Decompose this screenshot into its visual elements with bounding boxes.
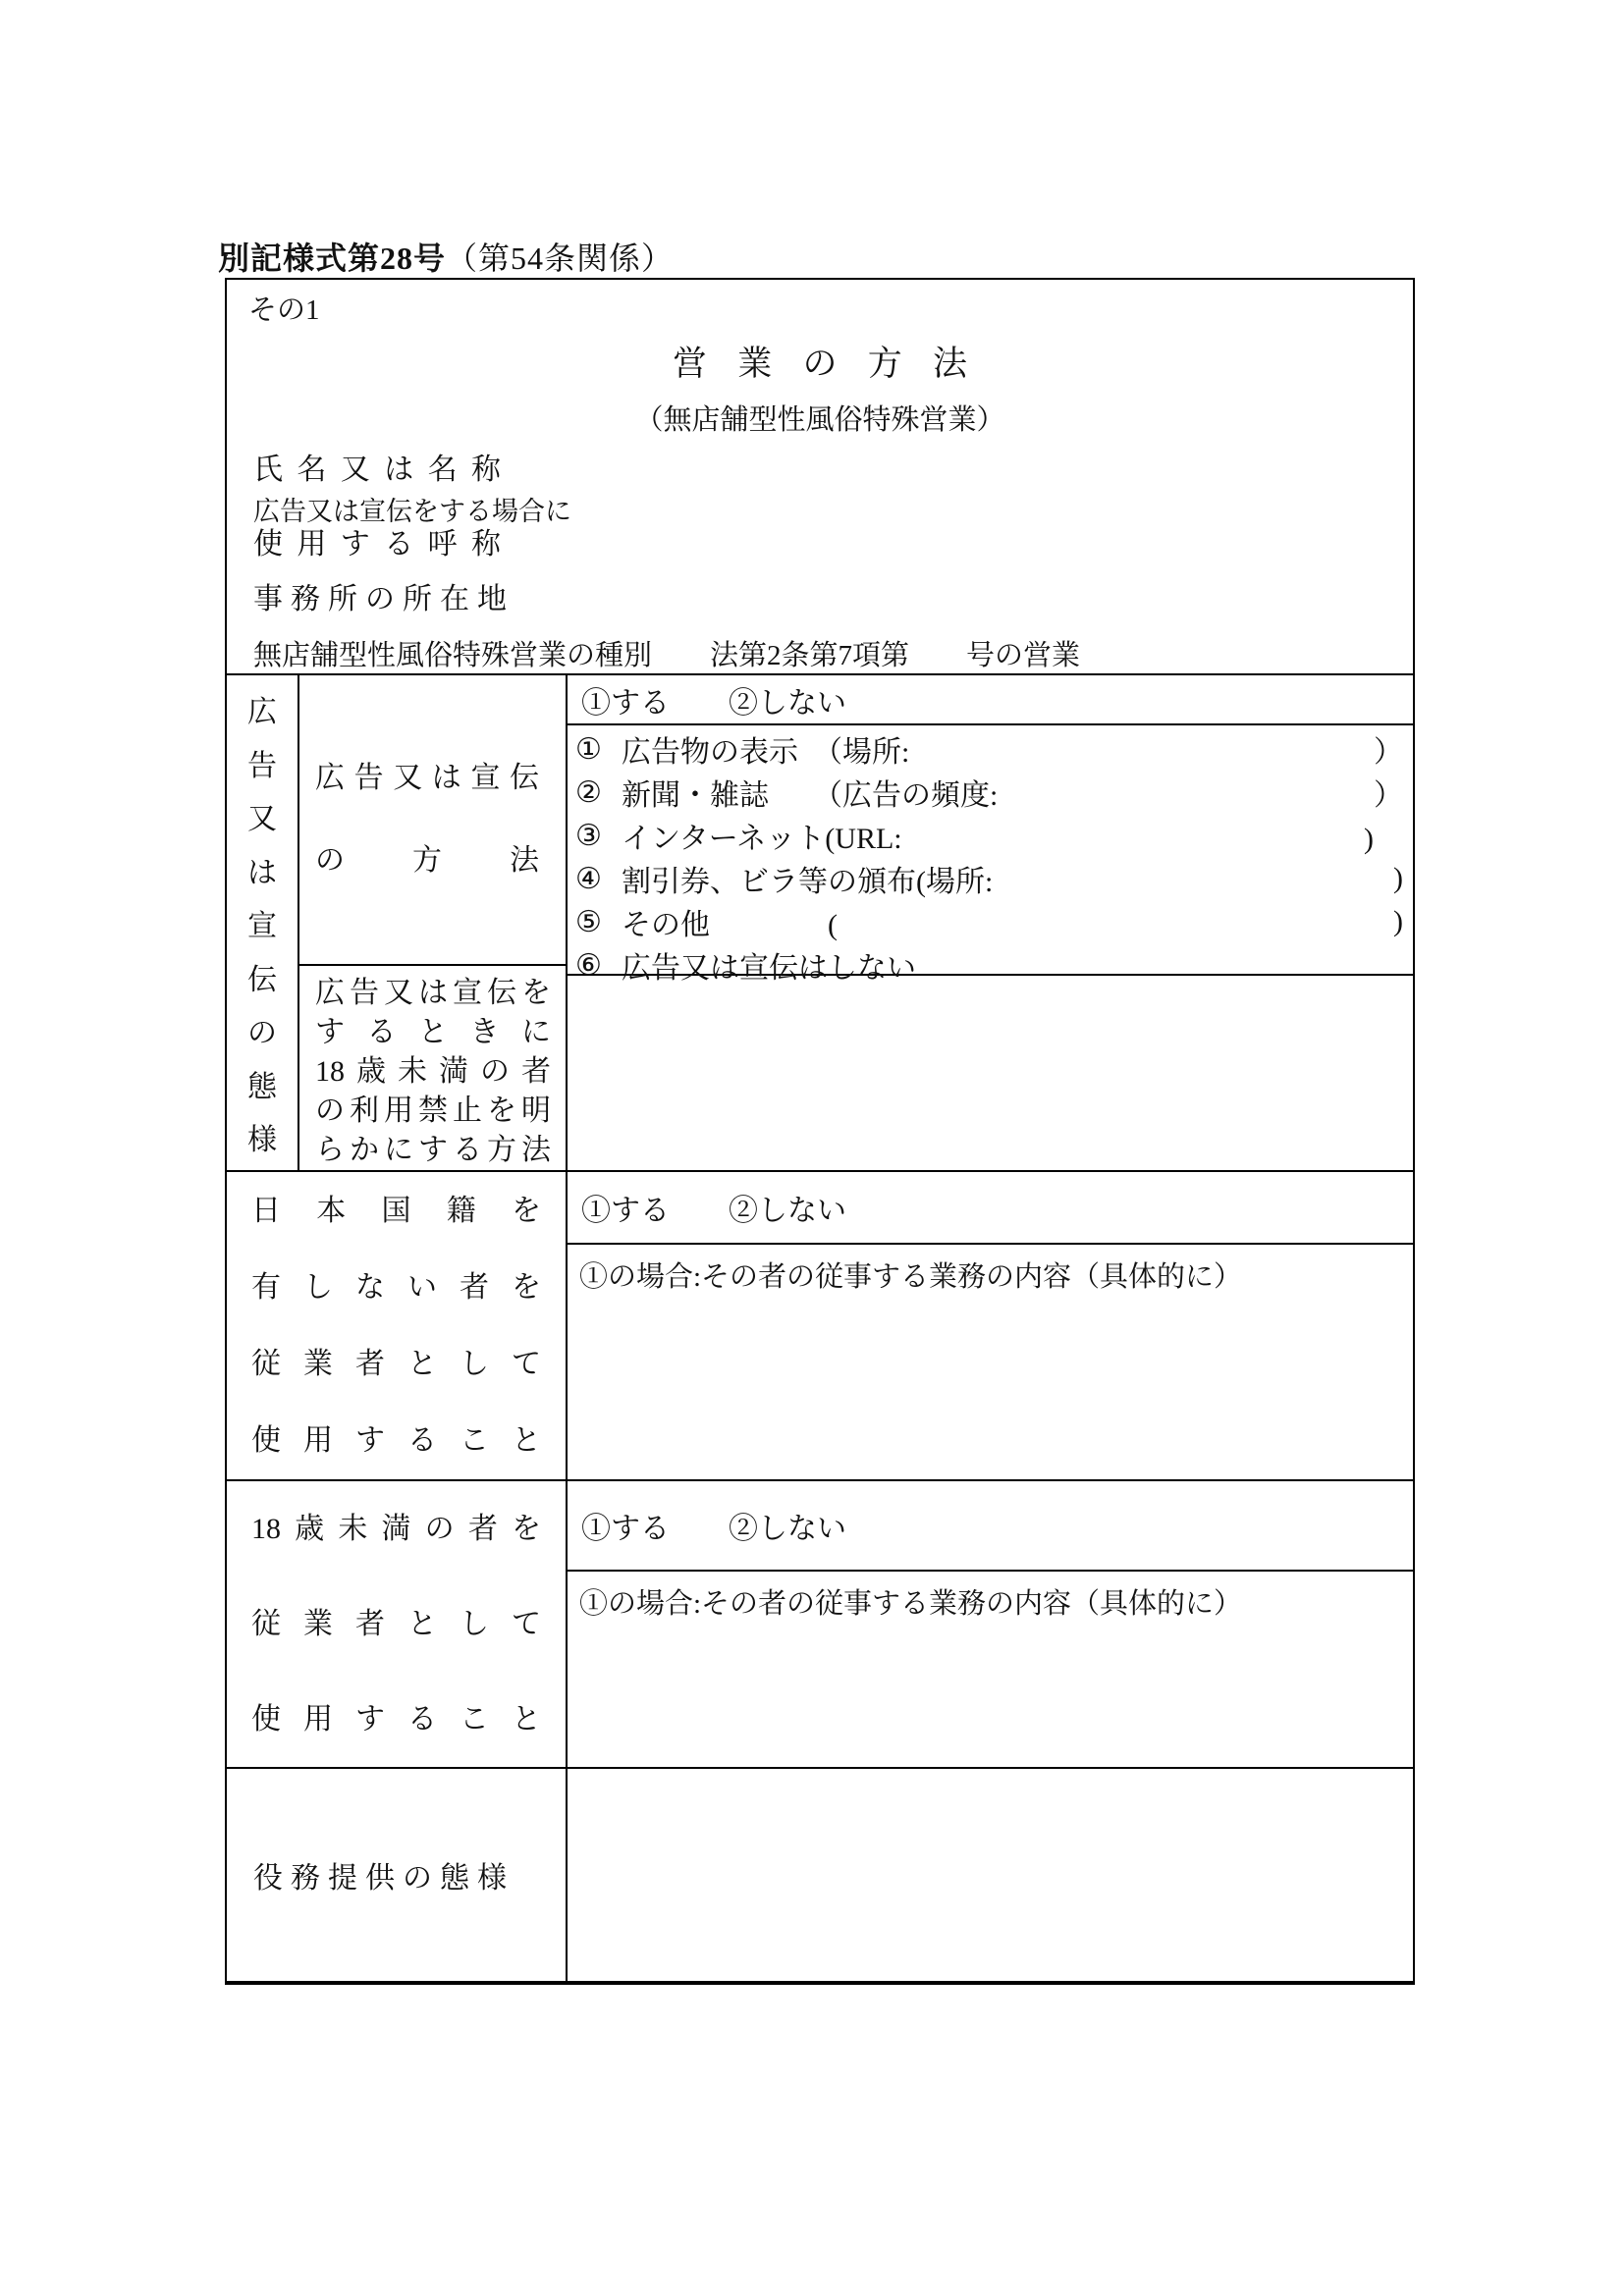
- form-number-main: 別記様式第28号: [218, 240, 446, 276]
- label-line: 18歳未満の者を: [251, 1481, 541, 1576]
- document-page: 別記様式第28号（第54条関係） その1 営業の方法 （無店舗型性風俗特殊営業）…: [0, 0, 1624, 2296]
- vertical-label-char: 伝: [247, 955, 277, 998]
- minor-notice-label-cell: 広告又は宣伝をするときに18歳未満の者の利用禁止を明らかにする方法: [299, 966, 566, 1170]
- advertising-method-label: 広告又は宣伝の方法: [315, 737, 539, 902]
- service-label: 役務提供の態様: [253, 1853, 507, 1896]
- minor-employment-do-options: ①する ②しない: [568, 1481, 1413, 1572]
- vertical-label-char: の: [247, 1008, 277, 1051]
- label-line: するときに: [315, 1013, 551, 1052]
- ad-method-close-paren: ）: [1374, 727, 1403, 771]
- nationality-label: 日本国籍を有しない者を従業者として使用すること: [251, 1173, 541, 1479]
- label-line: 18歳未満の者: [315, 1052, 551, 1092]
- vertical-label-char: 宣: [247, 901, 277, 944]
- ad-method-item: ③インターネット(URL:): [568, 814, 1413, 857]
- label-line: 使用すること: [251, 1672, 541, 1767]
- minor-notice-answer-area: [568, 976, 1413, 1170]
- advertising-methods-list: ①広告物の表示 （場所:）②新聞・雑誌 （広告の頻度:）③インターネット(URL…: [568, 725, 1413, 976]
- ad-method-item: ②新聞・雑誌 （広告の頻度:）: [568, 771, 1413, 814]
- nationality-do-options: ①する ②しない: [568, 1172, 1413, 1245]
- vertical-label-char: 様: [247, 1115, 277, 1158]
- nationality-case-detail: ①の場合:その者の従事する業務の内容（具体的に）: [568, 1245, 1413, 1479]
- form-table: その1 営業の方法 （無店舗型性風俗特殊営業） 氏名又は名称 広告又は宣伝をする…: [225, 278, 1415, 1985]
- label-line: の利用禁止を明: [315, 1092, 551, 1131]
- label-line: 広告又は宣伝: [315, 737, 539, 820]
- advertising-side-label: 広告又は宣伝の態様: [227, 675, 298, 1170]
- ad-method-close-paren: ): [1393, 862, 1403, 895]
- vertical-label-char: 広: [247, 687, 277, 730]
- ad-method-number: ⑤: [575, 905, 622, 939]
- business-category-label: 無店舗型性風俗特殊営業の種別: [253, 640, 652, 671]
- ad-method-text: 新聞・雑誌 （広告の頻度:: [622, 771, 998, 814]
- field-label-office-address: 事務所の所在地: [253, 574, 507, 617]
- label-line: 使用すること: [251, 1403, 541, 1479]
- form-number-note: （第54条関係）: [446, 240, 674, 276]
- advertising-label-column: 広告又は宣伝の方法 広告又は宣伝をするときに18歳未満の者の利用禁止を明らかにす…: [299, 675, 568, 1170]
- ad-method-number: ③: [575, 819, 622, 853]
- label-line: 広告又は宣伝を: [315, 974, 551, 1013]
- minor-employment-case-detail: ①の場合:その者の従事する業務の内容（具体的に）: [568, 1572, 1413, 1767]
- vertical-label-char: 告: [247, 741, 277, 784]
- field-label-name: 氏名又は名称: [253, 445, 501, 488]
- vertical-label-char: 又: [247, 794, 277, 837]
- label-line: の方法: [315, 820, 539, 902]
- field-label-alias-line1: 広告又は宣伝をする場合に: [253, 496, 571, 528]
- ad-method-close-paren: ）: [1374, 771, 1403, 814]
- business-category-value: 法第2条第7項第 号の営業: [710, 633, 1080, 673]
- advertising-method-label-cell: 広告又は宣伝の方法: [299, 675, 566, 966]
- minor-employment-section: 18歳未満の者を従業者として使用すること ①する ②しない ①の場合:その者の従…: [227, 1479, 1413, 1767]
- ad-method-close-paren: ): [1393, 905, 1403, 938]
- ad-method-number: ④: [575, 862, 622, 896]
- form-number: 別記様式第28号（第54条関係）: [218, 234, 674, 279]
- service-section: 役務提供の態様: [227, 1767, 1413, 1981]
- label-line: 従業者として: [251, 1326, 541, 1403]
- advertising-do-options: ①する ②しない: [568, 675, 1413, 725]
- nationality-label-cell: 日本国籍を有しない者を従業者として使用すること: [227, 1172, 568, 1479]
- service-answer-area: [568, 1769, 1413, 1981]
- nationality-section: 日本国籍を有しない者を従業者として使用すること ①する ②しない ①の場合:その…: [227, 1170, 1413, 1479]
- field-label-alias-line2: 使用する呼称: [253, 528, 501, 561]
- advertising-content-column: ①する ②しない ①広告物の表示 （場所:）②新聞・雑誌 （広告の頻度:）③イン…: [568, 675, 1413, 1170]
- form-title: 営業の方法: [673, 337, 967, 386]
- ad-method-item: ⑤その他 (): [568, 900, 1413, 943]
- label-line: らかにする方法: [315, 1131, 551, 1170]
- nationality-content: ①する ②しない ①の場合:その者の従事する業務の内容（具体的に）: [568, 1172, 1413, 1479]
- form-subtitle: （無店舗型性風俗特殊営業）: [227, 398, 1413, 438]
- advertising-section: 広告又は宣伝の態様 広告又は宣伝の方法 広告又は宣伝をするときに18歳未満の者の…: [227, 673, 1413, 1170]
- minor-employment-label: 18歳未満の者を従業者として使用すること: [251, 1481, 541, 1767]
- minor-notice-label: 広告又は宣伝をするときに18歳未満の者の利用禁止を明らかにする方法: [315, 974, 551, 1170]
- ad-method-text: インターネット(URL:: [622, 814, 902, 857]
- ad-method-number: ①: [575, 732, 622, 767]
- label-line: 従業者として: [251, 1576, 541, 1672]
- label-line: 日本国籍を: [251, 1173, 541, 1250]
- vertical-label-char: 態: [247, 1062, 277, 1105]
- service-label-cell: 役務提供の態様: [227, 1769, 568, 1981]
- business-category-row: 無店舗型性風俗特殊営業の種別 法第2条第7項第 号の営業: [253, 633, 1413, 673]
- minor-employment-content: ①する ②しない ①の場合:その者の従事する業務の内容（具体的に）: [568, 1481, 1413, 1767]
- ad-method-text: 割引券、ビラ等の頒布(場所:: [622, 857, 993, 900]
- vertical-label-char: は: [247, 848, 277, 891]
- ad-method-text: その他 (: [622, 900, 838, 943]
- label-line: 有しない者を: [251, 1250, 541, 1326]
- sheet-label: その1: [248, 288, 320, 328]
- advertising-side-column: 広告又は宣伝の態様: [227, 675, 299, 1170]
- form-header-section: その1 営業の方法 （無店舗型性風俗特殊営業） 氏名又は名称 広告又は宣伝をする…: [227, 280, 1413, 673]
- ad-method-number: ②: [575, 775, 622, 810]
- ad-method-item: ④割引券、ビラ等の頒布(場所:): [568, 857, 1413, 900]
- ad-method-item: ①広告物の表示 （場所:）: [568, 727, 1413, 771]
- ad-method-text: 広告物の表示 （場所:: [622, 727, 909, 771]
- field-label-advertising-alias: 広告又は宣伝をする場合に 使用する呼称: [253, 496, 571, 561]
- minor-employment-label-cell: 18歳未満の者を従業者として使用すること: [227, 1481, 568, 1767]
- ad-method-close-paren: ): [1364, 814, 1403, 857]
